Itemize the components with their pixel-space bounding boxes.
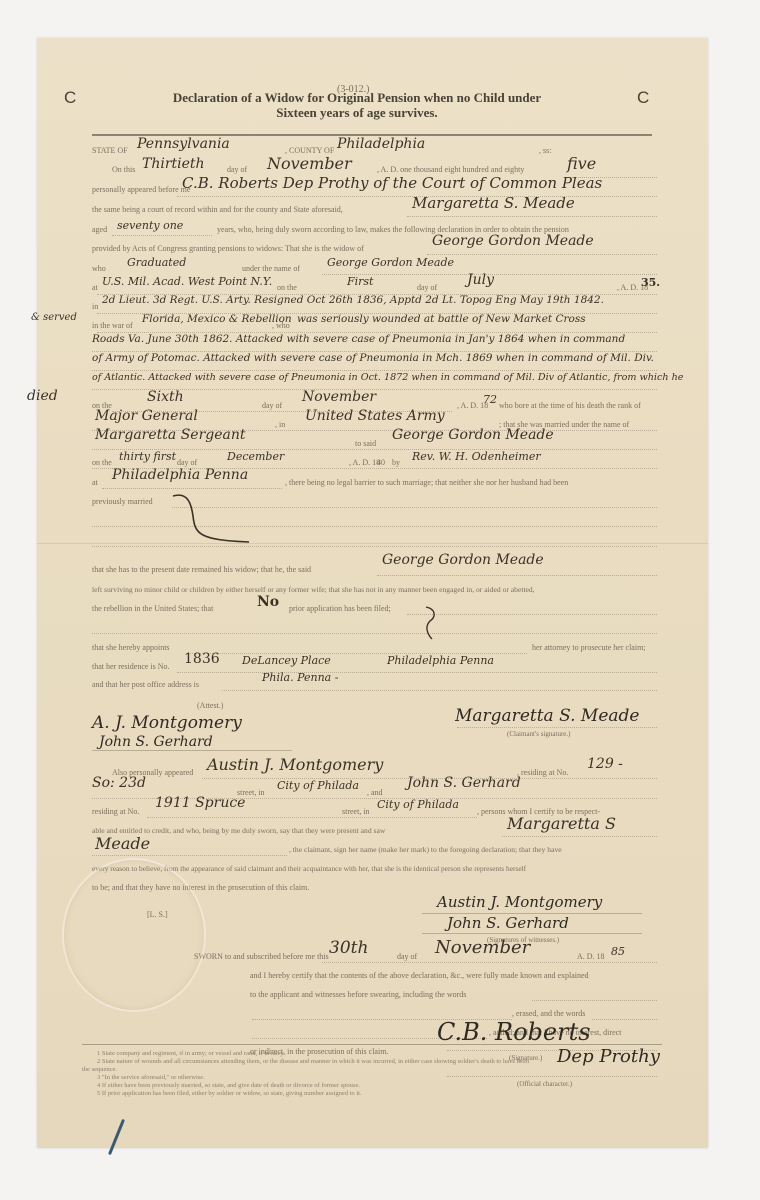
field-witness2: John S. Gerhard	[407, 775, 521, 791]
field-witness1-no: 129 -	[587, 756, 623, 772]
label-who-bore: who bore at the time of his death the ra…	[499, 401, 641, 410]
label-no-legal-barrier: , there being no legal barrier to such m…	[285, 478, 568, 487]
field-witness2-city: City of Philada	[377, 798, 459, 811]
label-on-the: on the	[92, 458, 112, 467]
label-provided-by: provided by Acts of Congress granting pe…	[92, 244, 364, 253]
field-death-day: Sixth	[147, 389, 184, 405]
field-grad-year: 35.	[641, 276, 660, 289]
label-day-of: day of	[227, 165, 247, 174]
blank-line	[407, 216, 657, 217]
field-year-word: five	[567, 154, 596, 173]
label-hereby-appoints: that she hereby appoints	[92, 643, 170, 652]
official-title: Dep Prothy	[557, 1046, 660, 1067]
field-residence-city: Philadelphia Penna	[387, 654, 494, 667]
label-rebellion: the rebellion in the United States; that	[92, 604, 213, 613]
label-day-of: day of	[397, 952, 417, 961]
label-attest: (Attest.)	[197, 701, 223, 710]
field-husband: George Gordon Meade	[432, 233, 594, 249]
label-ss: , ss:	[539, 146, 551, 155]
field-service: 2d Lieut. 3d Regt. U.S. Arty. Resigned O…	[102, 294, 604, 306]
label-in3: , in	[275, 420, 285, 429]
field-saw-name2: Meade	[95, 834, 150, 853]
fold-crease	[37, 543, 708, 544]
blank-line	[92, 633, 657, 634]
field-wound-3: of Army of Potomac. Attacked with severe…	[92, 352, 654, 364]
label-left-surviving: left surviving no minor child or childre…	[92, 585, 535, 594]
label-day-of: day of	[417, 283, 437, 292]
blank-line	[177, 672, 657, 673]
embossed-seal	[62, 858, 206, 1012]
label-day-of: day of	[262, 401, 282, 410]
field-officiant: Rev. W. H. Odenheimer	[412, 450, 541, 463]
form-title-line2: Sixteen years of age survives.	[122, 105, 592, 121]
field-witness2-no: 1911 Spruce	[155, 795, 245, 811]
label-day-of: day of	[177, 458, 197, 467]
field-saw-name1: Margaretta S	[507, 814, 616, 833]
blank-line	[92, 449, 657, 450]
field-marriage-month: December	[227, 450, 284, 463]
footnote-3: 3 "In the service aforesaid," or otherwi…	[97, 1074, 205, 1082]
label-in: in	[92, 302, 98, 311]
label-at: at	[92, 283, 98, 292]
field-officer: C.B. Roberts Dep Prothy of the Court of …	[182, 174, 602, 192]
label-the-claimant: , the claimant, sign her name (make her …	[289, 845, 562, 854]
field-state: Pennsylvania	[137, 136, 230, 152]
label-residing-at: , residing at No.	[517, 768, 568, 777]
footnote-2-cont: the sequence.	[82, 1066, 117, 1074]
field-sworn-month: November	[435, 937, 530, 958]
label-post-office: and that her post office address is	[92, 680, 199, 689]
field-at-place: U.S. Mil. Acad. West Point N.Y.	[102, 275, 272, 288]
label-to-said: to said	[355, 439, 376, 448]
blank-line	[447, 1076, 657, 1077]
footnote-1: 1 State company and regiment, if in army…	[97, 1050, 285, 1058]
blank-line	[92, 855, 287, 856]
field-marriage-day: thirty first	[119, 450, 176, 463]
label-ad-18: A. D. 18	[577, 952, 605, 961]
field-post-office: Phila. Penna -	[262, 671, 338, 684]
field-wound-2: Roads Va. June 30th 1862. Attacked with …	[92, 333, 625, 345]
label-who: who	[92, 264, 106, 273]
field-residence-no: 1836	[184, 651, 220, 667]
label-on-the: on the	[277, 283, 297, 292]
blank-line	[457, 727, 657, 728]
field-widow-name: Margaretta S. Meade	[412, 194, 575, 212]
field-wound-1: was seriously wounded at battle of New M…	[297, 313, 586, 325]
label-i-hereby-certify: and I hereby certify that the contents o…	[250, 971, 589, 980]
field-death-year: 72	[483, 393, 497, 406]
label-ad: , A. D. one thousand eight hundred and e…	[377, 165, 524, 174]
label-residing-at: residing at No.	[92, 807, 139, 816]
label-to-the-applicant: to the applicant and witnesses before sw…	[250, 990, 466, 999]
bracket-mark-icon	[169, 488, 259, 558]
field-who-action: Graduated	[127, 256, 186, 269]
footnote-rule	[82, 1044, 662, 1045]
field-sworn-year: 85	[611, 945, 625, 958]
blank-line	[407, 614, 657, 615]
footnote-5: 5 If prior application has been filed, e…	[97, 1090, 362, 1098]
field-marriage-place: Philadelphia Penna	[112, 467, 248, 483]
official-signature: C.B. Roberts	[437, 1018, 591, 1046]
attest-signature-1: A. J. Montgomery	[92, 713, 242, 733]
blue-pencil-mark	[108, 1119, 125, 1155]
blank-line	[427, 254, 657, 255]
field-unit: United States Army	[305, 408, 445, 424]
form-title-line1: Declaration of a Widow for Original Pens…	[122, 90, 592, 106]
field-witness1: Austin J. Montgomery	[207, 755, 383, 774]
blank-line	[422, 933, 642, 934]
label-prior-application: prior application has been filed;	[289, 604, 391, 613]
field-county: Philadelphia	[337, 136, 425, 152]
label-who2: , who	[272, 321, 290, 330]
corner-letter-left: C	[64, 88, 76, 108]
label-ad-18: , A. D. 18	[349, 458, 380, 467]
field-witness1-street: So: 23d	[92, 775, 146, 791]
blank-line	[147, 817, 477, 818]
field-wars: Florida, Mexico & Rebellion	[142, 313, 292, 325]
field-age: seventy one	[117, 219, 183, 232]
bracket-mark-icon	[422, 603, 442, 643]
field-death-month: November	[302, 389, 376, 405]
field-grad-month: July	[467, 272, 494, 288]
label-court: the same being a court of record within …	[92, 205, 343, 214]
label-war-of: in the war of	[92, 321, 133, 330]
field-witness1-city: City of Philada	[277, 779, 359, 792]
footnote-4: 4 If either have been previously married…	[97, 1082, 360, 1090]
blank-line	[92, 370, 657, 371]
field-maiden-name: Margaretta Sergeant	[95, 427, 246, 443]
witness-signature-2: John S. Gerhard	[447, 914, 569, 932]
field-sworn-day: 30th	[329, 938, 368, 958]
field-under-name: George Gordon Meade	[327, 256, 454, 269]
corner-letter-right: C	[637, 88, 649, 108]
label-at: at	[92, 478, 98, 487]
label-on-this: On this	[112, 165, 135, 174]
witness-signature-1: Austin J. Montgomery	[437, 893, 602, 911]
field-grad-day: First	[347, 275, 373, 288]
label-official-character: (Official character.)	[517, 1080, 572, 1088]
label-previously-married: previously married	[92, 497, 153, 506]
label-state-of: STATE OF	[92, 146, 128, 155]
field-remained-husband: George Gordon Meade	[382, 552, 544, 568]
blank-line	[592, 1019, 657, 1020]
label-personally-appeared: personally appeared before me	[92, 185, 190, 194]
label-and: , and	[367, 788, 383, 797]
blank-line	[112, 235, 212, 236]
field-rank: Major General	[95, 408, 198, 424]
margin-served: & served	[31, 312, 77, 323]
label-aged: aged	[92, 225, 107, 234]
field-day: Thirtieth	[142, 156, 205, 172]
field-married-to: George Gordon Meade	[392, 427, 554, 443]
field-marriage-year: 40	[377, 458, 385, 467]
blank-line	[377, 575, 657, 576]
blank-line	[222, 690, 657, 691]
label-residence: that her residence is No.	[92, 662, 170, 671]
label-under-name: under the name of	[242, 264, 300, 273]
attest-signature-2: John S. Gerhard	[99, 734, 213, 750]
label-claimants-signature: (Claimant's signature.)	[507, 730, 570, 738]
blank-line	[532, 1000, 657, 1001]
label-ls: [L. S.]	[147, 910, 168, 919]
label-her-attorney: her attorney to prosecute her claim;	[532, 643, 646, 652]
label-sworn-to: SWORN to and subscribed before me this	[194, 952, 329, 961]
label-remained-widow: that she has to the present date remaine…	[92, 565, 311, 574]
label-erased: , erased, and the words	[512, 1009, 585, 1018]
field-prior-app: No	[257, 594, 279, 610]
label-by: by	[392, 458, 400, 467]
blank-line	[322, 962, 657, 963]
margin-died: died	[27, 388, 58, 404]
field-wound-4: of Atlantic. Attacked with severe case o…	[92, 372, 683, 383]
field-month: November	[267, 154, 352, 173]
blank-line	[502, 836, 657, 837]
footnote-2: 2 State nature of wounds and all circums…	[97, 1058, 529, 1066]
field-residence-street: DeLancey Place	[242, 654, 331, 667]
claimant-signature: Margaretta S. Meade	[455, 706, 639, 726]
label-street-in: street, in	[342, 807, 370, 816]
blank-line	[92, 750, 292, 751]
pension-declaration-document: (3-012.) C C Declaration of a Widow for …	[37, 38, 708, 1148]
